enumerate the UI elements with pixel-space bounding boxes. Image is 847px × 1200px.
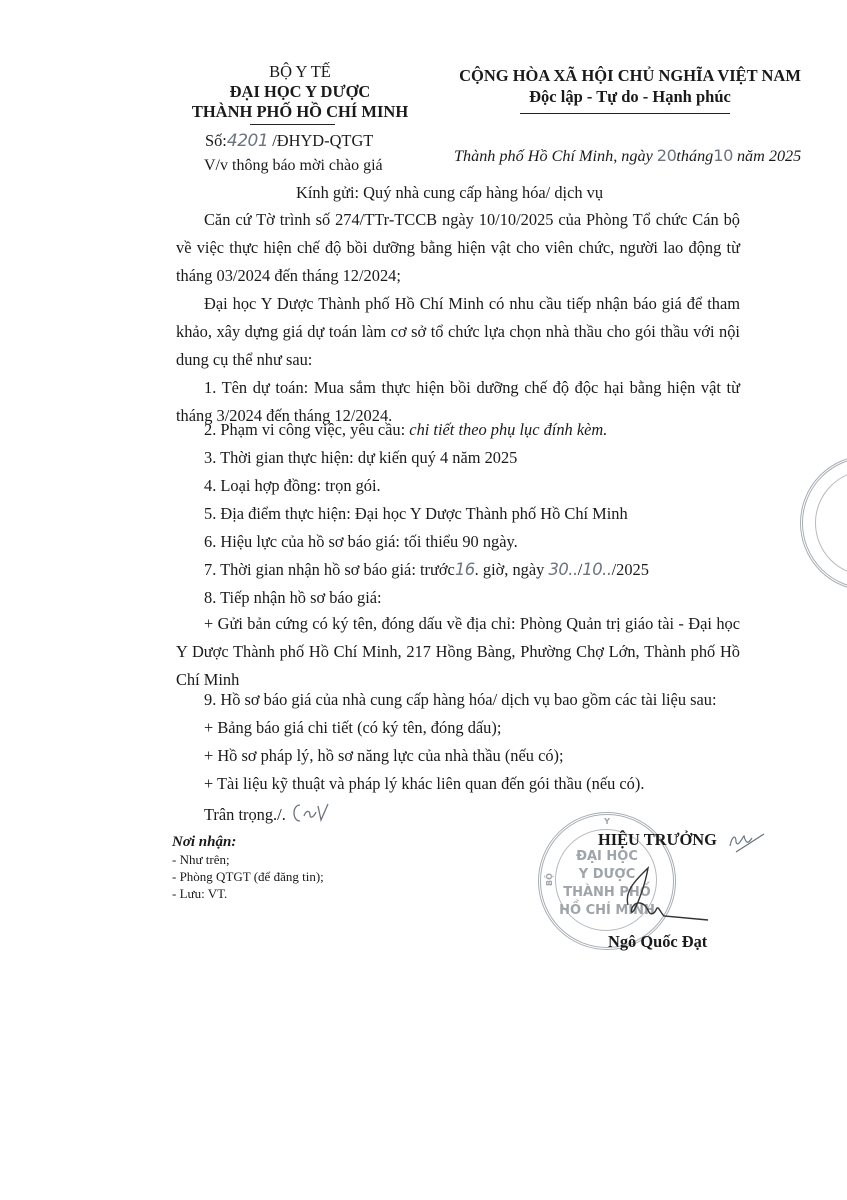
- closing: Trân trọng./.: [204, 802, 330, 825]
- document-subject: V/v thông báo mời chào giá: [204, 157, 383, 175]
- initials-mark-icon: [290, 802, 330, 824]
- stamp-side-text: BỘ: [545, 873, 554, 886]
- item-7: 7. Thời gian nhận hồ sơ báo giá: trước16…: [204, 560, 649, 580]
- item-4: 4. Loại hợp đồng: trọn gói.: [204, 476, 381, 496]
- header-left: BỘ Y TẾ ĐẠI HỌC Y DƯỢC THÀNH PHỐ HỒ CHÍ …: [150, 62, 450, 122]
- item-5: 5. Địa điểm thực hiện: Đại học Y Dược Th…: [204, 504, 628, 524]
- position-initials-icon: [726, 828, 766, 854]
- item-9-doc-3: + Tài liệu kỹ thuật và pháp lý khác liên…: [204, 774, 644, 794]
- ministry-name: BỘ Y TẾ: [150, 62, 450, 82]
- item-9: 9. Hồ sơ báo giá của nhà cung cấp hàng h…: [204, 690, 717, 710]
- recipients-block: Nơi nhận: - Như trên; - Phòng QTGT (để đ…: [172, 833, 324, 902]
- handwritten-deadline-day: 30..: [548, 560, 577, 579]
- handwritten-hour: 16: [455, 560, 475, 579]
- partial-seal-edge: [800, 455, 847, 591]
- handwritten-day: 20: [657, 146, 677, 165]
- paragraph-intro: Đại học Y Dược Thành phố Hồ Chí Minh có …: [176, 290, 740, 374]
- signatory-name: Ngô Quốc Đạt: [608, 932, 707, 952]
- item-8-detail: + Gửi bản cứng có ký tên, đóng dấu về đị…: [176, 610, 740, 694]
- salutation: Kính gửi: Quý nhà cung cấp hàng hóa/ dịc…: [296, 183, 603, 203]
- university-name-line2: THÀNH PHỐ HỒ CHÍ MINH: [150, 102, 450, 122]
- item-3: 3. Thời gian thực hiện: dự kiến quý 4 nă…: [204, 448, 517, 468]
- document-number: Số:4201 /ĐHYD-QTGT: [205, 131, 373, 151]
- recipient-item: - Như trên;: [172, 851, 324, 868]
- item-9-doc-2: + Hồ sơ pháp lý, hồ sơ năng lực của nhà …: [204, 746, 564, 766]
- signatory-position: HIỆU TRƯỞNG: [598, 830, 717, 850]
- handwritten-month: 10: [713, 146, 733, 165]
- recipient-item: - Lưu: VT.: [172, 885, 324, 902]
- paragraph-basis: Căn cứ Tờ trình số 274/TTr-TCCB ngày 10/…: [176, 206, 740, 290]
- recipients-title: Nơi nhận:: [172, 833, 324, 851]
- signature-icon: [598, 860, 718, 930]
- item-2: 2. Phạm vi công việc, yêu cầu: chi tiết …: [204, 420, 607, 440]
- handwritten-doc-number: 4201: [227, 131, 268, 151]
- recipient-item: - Phòng QTGT (để đăng tin);: [172, 868, 324, 885]
- nation-motto: Độc lập - Tự do - Hạnh phúc: [440, 86, 820, 107]
- document-date: Thành phố Hồ Chí Minh, ngày 20tháng10 nă…: [454, 146, 801, 166]
- university-name-line1: ĐẠI HỌC Y DƯỢC: [150, 82, 450, 102]
- header-right-underline: [520, 113, 730, 114]
- stamp-top-text: Y: [541, 817, 673, 826]
- header-right: CỘNG HÒA XÃ HỘI CHỦ NGHĨA VIỆT NAM Độc l…: [440, 65, 820, 107]
- header-left-underline: [250, 124, 335, 125]
- item-8: 8. Tiếp nhận hồ sơ báo giá:: [204, 588, 382, 608]
- handwritten-deadline-month: 10..: [582, 560, 611, 579]
- item-9-doc-1: + Bảng báo giá chi tiết (có ký tên, đóng…: [204, 718, 501, 738]
- nation-title: CỘNG HÒA XÃ HỘI CHỦ NGHĨA VIỆT NAM: [440, 65, 820, 86]
- item-6: 6. Hiệu lực của hồ sơ báo giá: tối thiểu…: [204, 532, 518, 552]
